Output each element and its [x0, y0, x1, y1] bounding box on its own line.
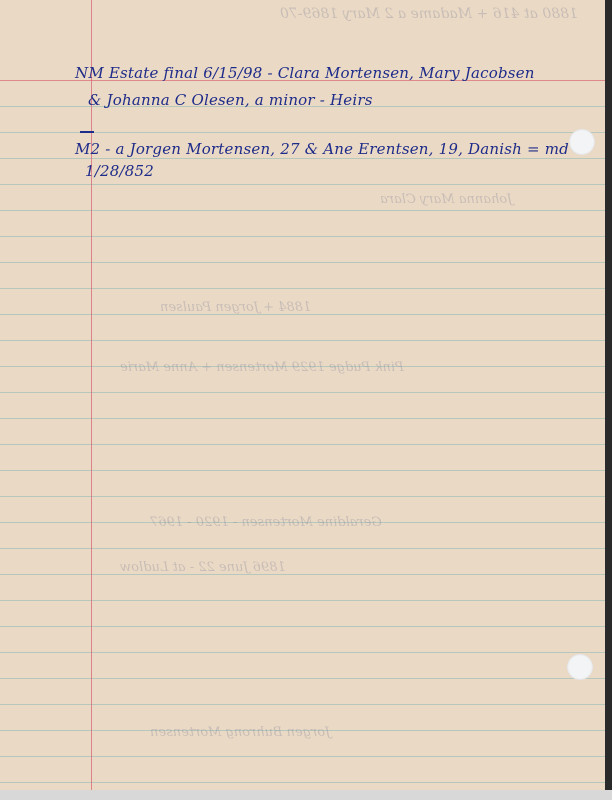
- handwritten-line: NM Estate final 6/15/98 - Clara Mortense…: [75, 64, 535, 82]
- bleed-through-text: 1884 + Jorgen Paulsen: [160, 300, 311, 315]
- bleed-through-text: Pink Pudge 1929 Mortensen + Anne Marie: [120, 360, 404, 375]
- handwritten-line: M2 - a Jorgen Mortensen, 27 & Ane Erents…: [75, 140, 569, 158]
- scan-bottom-margin: [0, 790, 612, 800]
- margin-line: [91, 0, 92, 790]
- scan-edge: [605, 0, 612, 800]
- punch-hole-bottom: [567, 654, 593, 680]
- bleed-through-text: 1880 at 416 + Madame a 2 Mary 1869-70: [280, 6, 578, 22]
- bleed-through-text: Johanna Mary Clara: [380, 192, 512, 207]
- bleed-through-text: Geraldine Mortensen - 1920 - 1967: [150, 515, 382, 530]
- bleed-through-text: 1896 June 22 - at Ludlow: [120, 560, 286, 575]
- punch-hole-top: [569, 129, 595, 155]
- notebook-page: 1880 at 416 + Madame a 2 Mary 1869-70 Jo…: [0, 0, 605, 790]
- handwritten-line: & Johanna C Olesen, a minor - Heirs: [88, 91, 373, 109]
- bleed-through-text: Jorgen Buhrong Mortensen: [150, 725, 330, 740]
- handwritten-line: 1/28/852: [85, 162, 154, 180]
- handwritten-dash: [80, 131, 94, 133]
